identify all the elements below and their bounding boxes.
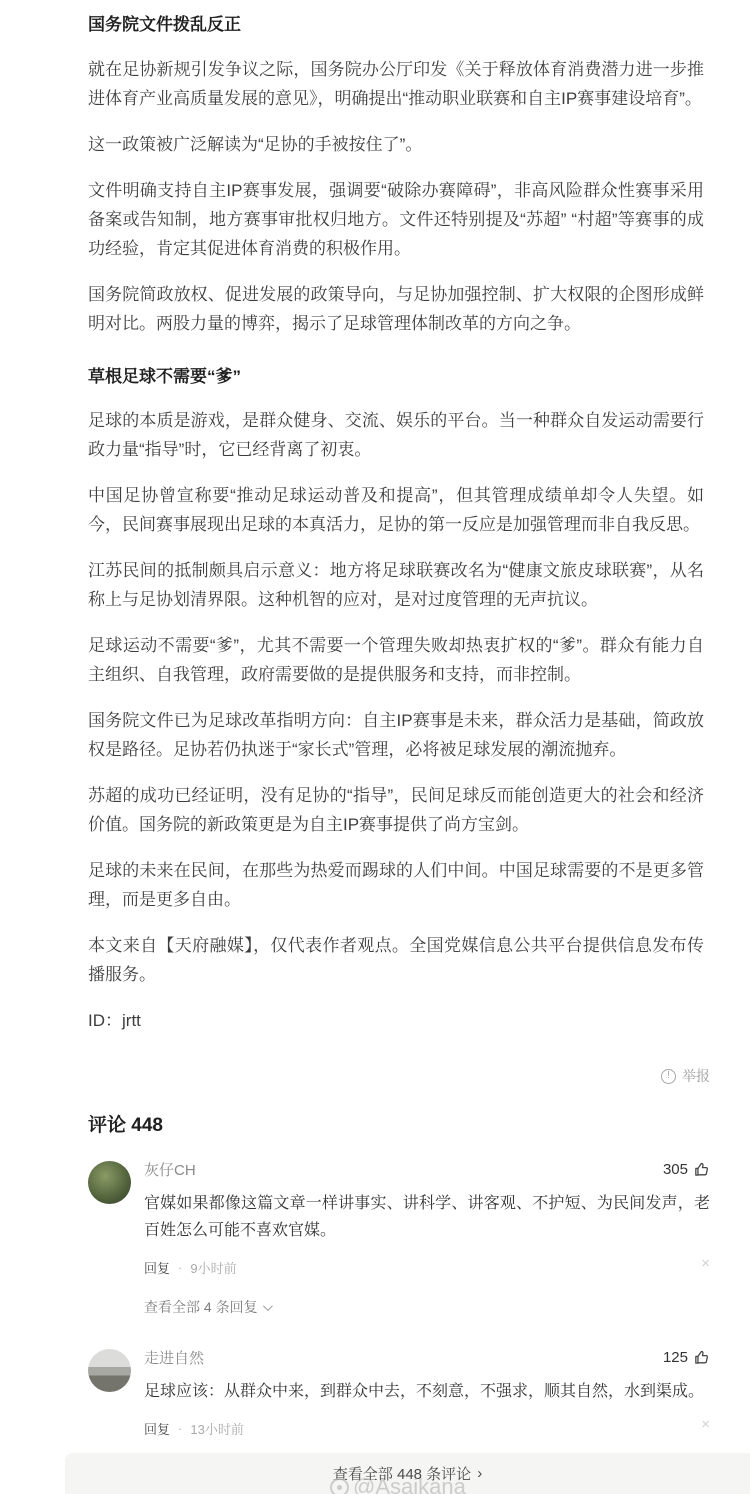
article-paragraph: 就在足协新规引发争议之际，国务院办公厅印发《关于释放体育消费潜力进一步推进体育产… bbox=[88, 55, 704, 113]
reply-button[interactable]: 回复 bbox=[144, 1258, 170, 1277]
view-replies-button[interactable]: 查看全部 4 条回复 bbox=[144, 1297, 270, 1317]
view-replies-label: 查看全部 4 条回复 bbox=[144, 1297, 258, 1317]
comment-body: 灰仔CH 305 官媒如果都像这篇文章一样讲事实、讲科学、讲客观、不护短、为民间… bbox=[144, 1159, 710, 1317]
article-paragraph: 国务院简政放权、促进发展的政策导向，与足协加强控制、扩大权限的企图形成鲜明对比。… bbox=[88, 280, 704, 338]
comment-text: 足球应该：从群众中来，到群众中去，不刻意，不强求，顺其自然，水到渠成。 bbox=[144, 1378, 710, 1405]
comments-section: 评论 448 灰仔CH 305 官媒如果都像这篇文章一样讲事实、讲科学、讲客观、… bbox=[0, 1096, 750, 1478]
view-all-comments-label: 查看全部 448 条评论 bbox=[333, 1463, 471, 1484]
report-icon bbox=[661, 1069, 676, 1084]
article-paragraph: 江苏民间的抵制颇具启示意义：地方将足球联赛改名为“健康文旅皮球联赛”，从名称上与… bbox=[88, 556, 704, 614]
article-paragraph: 足球的未来在民间，在那些为热爱而踢球的人们中间。中国足球需要的不是更多管理，而是… bbox=[88, 856, 704, 914]
report-label: 举报 bbox=[682, 1066, 710, 1086]
article-paragraph: 本文来自【天府融媒】，仅代表作者观点。全国党媒信息公共平台提供信息发布传播服务。 bbox=[88, 931, 704, 989]
article-paragraph: 苏超的成功已经证明，没有足协的“指导”，民间足球反而能创造更大的社会和经济价值。… bbox=[88, 781, 704, 839]
comment-time: 13小时前 bbox=[190, 1419, 243, 1438]
comment-meta: 回复 · 9小时前 bbox=[144, 1258, 710, 1277]
thumbs-up-icon bbox=[693, 1349, 710, 1366]
article-author-id: ID：jrtt bbox=[88, 1006, 704, 1035]
meta-dot: · bbox=[178, 1260, 182, 1275]
like-count: 125 bbox=[663, 1349, 688, 1366]
comment-item: 灰仔CH 305 官媒如果都像这篇文章一样讲事实、讲科学、讲客观、不护短、为民间… bbox=[88, 1159, 710, 1317]
article-paragraph: 这一政策被广泛解读为“足协的手被按住了”。 bbox=[88, 130, 704, 159]
commenter-name[interactable]: 走进自然 bbox=[144, 1347, 204, 1368]
chevron-right-icon bbox=[477, 1466, 482, 1481]
avatar[interactable] bbox=[88, 1349, 131, 1392]
comment-meta: 回复 · 13小时前 bbox=[144, 1419, 710, 1438]
article-page: 国务院文件拨乱反正 就在足协新规引发争议之际，国务院办公厅印发《关于释放体育消费… bbox=[0, 0, 750, 1494]
commenter-name[interactable]: 灰仔CH bbox=[144, 1159, 196, 1180]
meta-dot: · bbox=[178, 1421, 182, 1436]
view-all-comments-bar[interactable]: 查看全部 448 条评论 bbox=[65, 1453, 750, 1494]
article-paragraph: 中国足协曾宣称要“推动足球运动普及和提高”，但其管理成绩单却令人失望。如今，民间… bbox=[88, 481, 704, 539]
like-button[interactable]: 305 bbox=[663, 1161, 710, 1178]
article-heading: 草根足球不需要“爹” bbox=[88, 364, 704, 390]
comment-text: 官媒如果都像这篇文章一样讲事实、讲科学、讲客观、不护短、为民间发声，老百姓怎么可… bbox=[144, 1190, 710, 1244]
report-button[interactable]: 举报 bbox=[661, 1066, 710, 1086]
article-paragraph: 文件明确支持自主IP赛事发展，强调要“破除办赛障碍”，非高风险群众性赛事采用备案… bbox=[88, 176, 704, 263]
comments-title: 评论 448 bbox=[88, 1110, 710, 1137]
like-button[interactable]: 125 bbox=[663, 1349, 710, 1366]
reply-button[interactable]: 回复 bbox=[144, 1419, 170, 1438]
article-body: 国务院文件拨乱反正 就在足协新规引发争议之际，国务院办公厅印发《关于释放体育消费… bbox=[0, 0, 750, 1035]
close-icon[interactable] bbox=[701, 1417, 710, 1432]
article-paragraph: 足球的本质是游戏，是群众健身、交流、娱乐的平台。当一种群众自发运动需要行政力量“… bbox=[88, 406, 704, 464]
avatar[interactable] bbox=[88, 1161, 131, 1204]
report-row: 举报 bbox=[0, 1052, 750, 1096]
close-icon[interactable] bbox=[701, 1256, 710, 1271]
comment-time: 9小时前 bbox=[190, 1258, 236, 1277]
thumbs-up-icon bbox=[693, 1161, 710, 1178]
chevron-down-icon bbox=[263, 1301, 273, 1311]
article-paragraph: 国务院文件已为足球改革指明方向：自主IP赛事是未来，群众活力是基础，简政放权是路… bbox=[88, 706, 704, 764]
article-paragraph: 足球运动不需要“爹”，尤其不需要一个管理失败却热衷扩权的“爹”。群众有能力自主组… bbox=[88, 631, 704, 689]
like-count: 305 bbox=[663, 1161, 688, 1178]
article-heading: 国务院文件拨乱反正 bbox=[88, 12, 704, 38]
